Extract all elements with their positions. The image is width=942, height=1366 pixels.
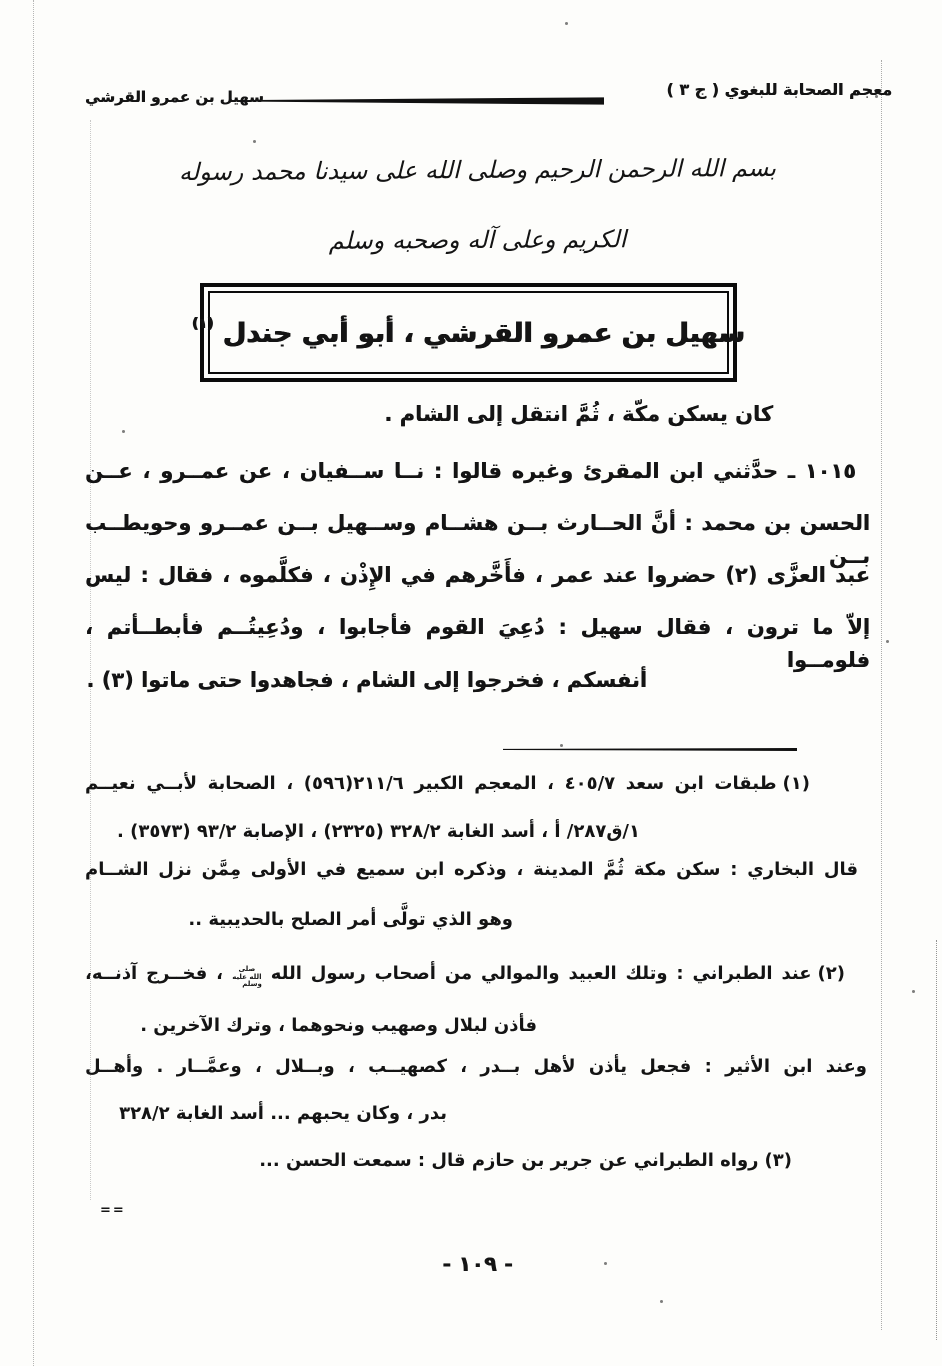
noise-dot xyxy=(886,640,889,643)
footnote-2-line-2: فأذن لبلال وصهيب ونحوهما ، وترك الآخرين … xyxy=(85,1012,870,1039)
footnote-1-bukhari-line-2: وهو الذي تولَّى أمر الصلح بالحديبية .. xyxy=(85,906,870,933)
noise-dot xyxy=(122,430,125,433)
margin-mark: == xyxy=(100,1203,126,1218)
footnote-2-athir-line-2: بدر ، وكان يحبهم ... أسد الغابة ٣٢٨/٢ xyxy=(85,1100,870,1127)
noise-dot xyxy=(604,1262,607,1265)
footnote-separator-rule xyxy=(503,748,797,751)
salla-allahu-alayhi-wasallam-glyph: صلى الله عليه وسلم xyxy=(232,966,262,988)
running-head-book-title: معجم الصحابة للبغوي ( ج ٣ ) xyxy=(666,80,892,99)
footnote-2-line-1: (٢)عند الطبراني : وتلك العبيد والموالي م… xyxy=(85,960,870,988)
noise-dot xyxy=(875,95,878,98)
narration-line-5: أنفسكم ، فخرجوا إلى الشام ، فجاهدوا حتى … xyxy=(85,664,870,697)
footnote-2-text-end: ، فخــرج آذنــه، xyxy=(85,963,223,984)
narration-line-1: ١٠١٥ ـ حدَّثني ابن المقرئ وغيره قالوا : … xyxy=(85,455,870,488)
page-number: - ١٠٩ - xyxy=(85,1252,870,1276)
noise-dot xyxy=(660,1300,663,1303)
running-head-entry-name: سهيل بن عمرو القرشي xyxy=(85,88,264,106)
footnote-3-text: رواه الطبراني عن جرير بن حازم قال : سمعت… xyxy=(259,1150,758,1171)
header-divider-rule xyxy=(252,97,604,105)
scan-edge-artifact xyxy=(936,940,937,1340)
scan-edge-artifact xyxy=(90,120,91,1200)
entry-title: سهيل بن عمرو القرشي ، أبو أبي جندل (١) xyxy=(192,316,745,349)
footnote-2-text-start: عند الطبراني : وتلك العبيد والموالي من أ… xyxy=(271,963,812,984)
footnote-2-marker: (٢) xyxy=(812,963,845,984)
footnote-1-line-1: (١)طبقات ابن سعد ٤٠٥/٧ ، المعجم الكبير ٢… xyxy=(85,770,870,797)
narration-line-3: عبد العزَّى (٢) حضروا عند عمر ، فأَخَّره… xyxy=(85,559,870,592)
noise-dot xyxy=(912,990,915,993)
noise-dot xyxy=(565,22,568,25)
entry-title-text: سهيل بن عمرو القرشي ، أبو أبي جندل xyxy=(223,318,745,349)
body-intro-line: كان يسكن مكّة ، ثُمَّ انتقل إلى الشام . xyxy=(85,398,870,431)
noise-dot xyxy=(560,744,563,747)
entry-title-box-inner-frame: سهيل بن عمرو القرشي ، أبو أبي جندل (١) xyxy=(208,291,729,374)
footnote-2-athir-line-1: وعند ابن الأثير : فجعل يأذن لأهل بــدر ،… xyxy=(85,1053,870,1080)
footnote-3-line: (٣)رواه الطبراني عن جرير بن حازم قال : س… xyxy=(85,1147,870,1174)
basmala-line-2: الكريم وعلى آله وصحبه وسلم xyxy=(85,224,870,256)
footnote-1-bukhari-line-1: قال البخاري : سكن مكة ثُمَّ المدينة ، وذ… xyxy=(85,856,870,883)
footnote-1-text: طبقات ابن سعد ٤٠٥/٧ ، المعجم الكبير ٢١١/… xyxy=(85,773,777,794)
entry-title-footnote-ref: (١) xyxy=(192,316,213,332)
footnote-3-marker: (٣) xyxy=(759,1150,792,1171)
scan-edge-artifact xyxy=(33,0,34,1366)
footnote-1-marker: (١) xyxy=(777,773,810,794)
basmala-line-1: بسم الله الرحمن الرحيم وصلى الله على سيد… xyxy=(85,153,870,186)
footnote-1-line-2: ١/ق٢٨٧/ أ ، أسد الغابة ٣٢٨/٢ (٢٣٢٥) ، ال… xyxy=(85,818,870,845)
scan-edge-artifact xyxy=(881,60,882,1330)
noise-dot xyxy=(253,140,256,143)
entry-title-box: سهيل بن عمرو القرشي ، أبو أبي جندل (١) xyxy=(200,283,737,382)
scanned-book-page: معجم الصحابة للبغوي ( ج ٣ ) سهيل بن عمرو… xyxy=(0,0,942,1366)
